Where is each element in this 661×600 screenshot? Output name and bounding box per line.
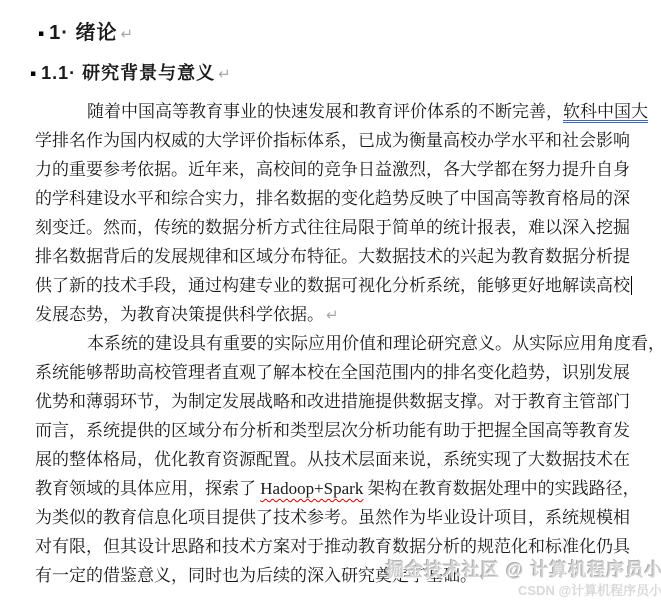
- text-line: 学排名作为国内权威的大学评价指标体系，已成为衡量高校办学水平和社会影响: [35, 126, 627, 155]
- outline-bullet-icon: ▪: [30, 69, 36, 79]
- text-line: 展的整体格局，优化教育资源配置。从技术层面来说，系统实现了大数据技术在: [35, 445, 627, 474]
- text-line: 的学科建设水平和综合实力，排名数据的变化趋势反映了中国高等教育格局的深: [35, 184, 627, 213]
- text-line: 供了新的技术手段，通过构建专业的数据可视化分析系统，能够更好地解读高校: [35, 271, 627, 300]
- paragraph-significance: 本系统的建设具有重要的实际应用价值和理论研究意义。从实际应用角度看，系统能够帮助…: [35, 329, 627, 590]
- text-line: 刻变迁。然而，传统的数据分析方式往往局限于简单的统计报表，难以深入挖掘: [35, 213, 627, 242]
- text-line: 优势和薄弱环节，为制定发展战略和改进措施提供数据支撑。对于教育主管部门: [35, 387, 627, 416]
- paragraph-mark-icon: ↵: [324, 306, 339, 324]
- paragraph-background: 随着中国高等教育事业的快速发展和教育评价体系的不断完善，软科中国大学排名作为国内…: [35, 97, 627, 329]
- paragraph-mark-icon: ↵: [218, 65, 231, 83]
- document-page[interactable]: ▪1· 绪论↵ ▪1.1· 研究背景与意义↵ 随着中国高等教育事业的快速发展和教…: [0, 0, 661, 600]
- heading-section-text: 1.1· 研究背景与意义: [41, 63, 215, 83]
- text-caret: 解读高校: [562, 276, 632, 295]
- text-line: 发展态势，为教育决策提供科学依据。↵: [35, 300, 627, 329]
- text-line: 力的重要参考依据。近年来，高校间的竞争日益激烈，各大学都在努力提升自身: [35, 155, 627, 184]
- text-line: 随着中国高等教育事业的快速发展和教育评价体系的不断完善，软科中国大: [35, 97, 627, 126]
- spellcheck-squiggle: Hadoop+Spark: [260, 479, 363, 498]
- text-line: 教育领域的具体应用，探索了 Hadoop+Spark 架构在教育数据处理中的实践…: [35, 474, 627, 503]
- outline-bullet-icon: ▪: [38, 29, 44, 39]
- text-line: 本系统的建设具有重要的实际应用价值和理论研究意义。从实际应用角度看，: [35, 329, 627, 358]
- text-line: 排名数据背后的发展规律和区域分布特征。大数据技术的兴起为教育数据分析提: [35, 242, 627, 271]
- paragraph-mark-icon: ↵: [120, 25, 133, 43]
- hyperlink-underline: 软科中国大: [563, 102, 648, 121]
- watermark-csdn: CSDN @计算机程序员小杨: [518, 580, 661, 599]
- text-line: 为类似的教育信息化项目提供了技术参考。虽然作为毕业设计项目，系统规模相: [35, 503, 627, 532]
- heading-chapter-text: 1· 绪论: [49, 22, 117, 44]
- text-line: 而言，系统提供的区域分布分析和类型层次分析功能有助于把握全国高等教育发: [35, 416, 627, 445]
- heading-section: ▪1.1· 研究背景与意义↵: [30, 59, 231, 85]
- watermark-juejin: 掘金技术社区 @ 计算机程序员小杨: [386, 556, 661, 582]
- document-text-region[interactable]: 随着中国高等教育事业的快速发展和教育评价体系的不断完善，软科中国大学排名作为国内…: [35, 97, 627, 590]
- text-line: 系统能够帮助高校管理者直观了解本校在全国范围内的排名变化趋势，识别发展: [35, 358, 627, 387]
- heading-chapter: ▪1· 绪论↵: [38, 16, 133, 45]
